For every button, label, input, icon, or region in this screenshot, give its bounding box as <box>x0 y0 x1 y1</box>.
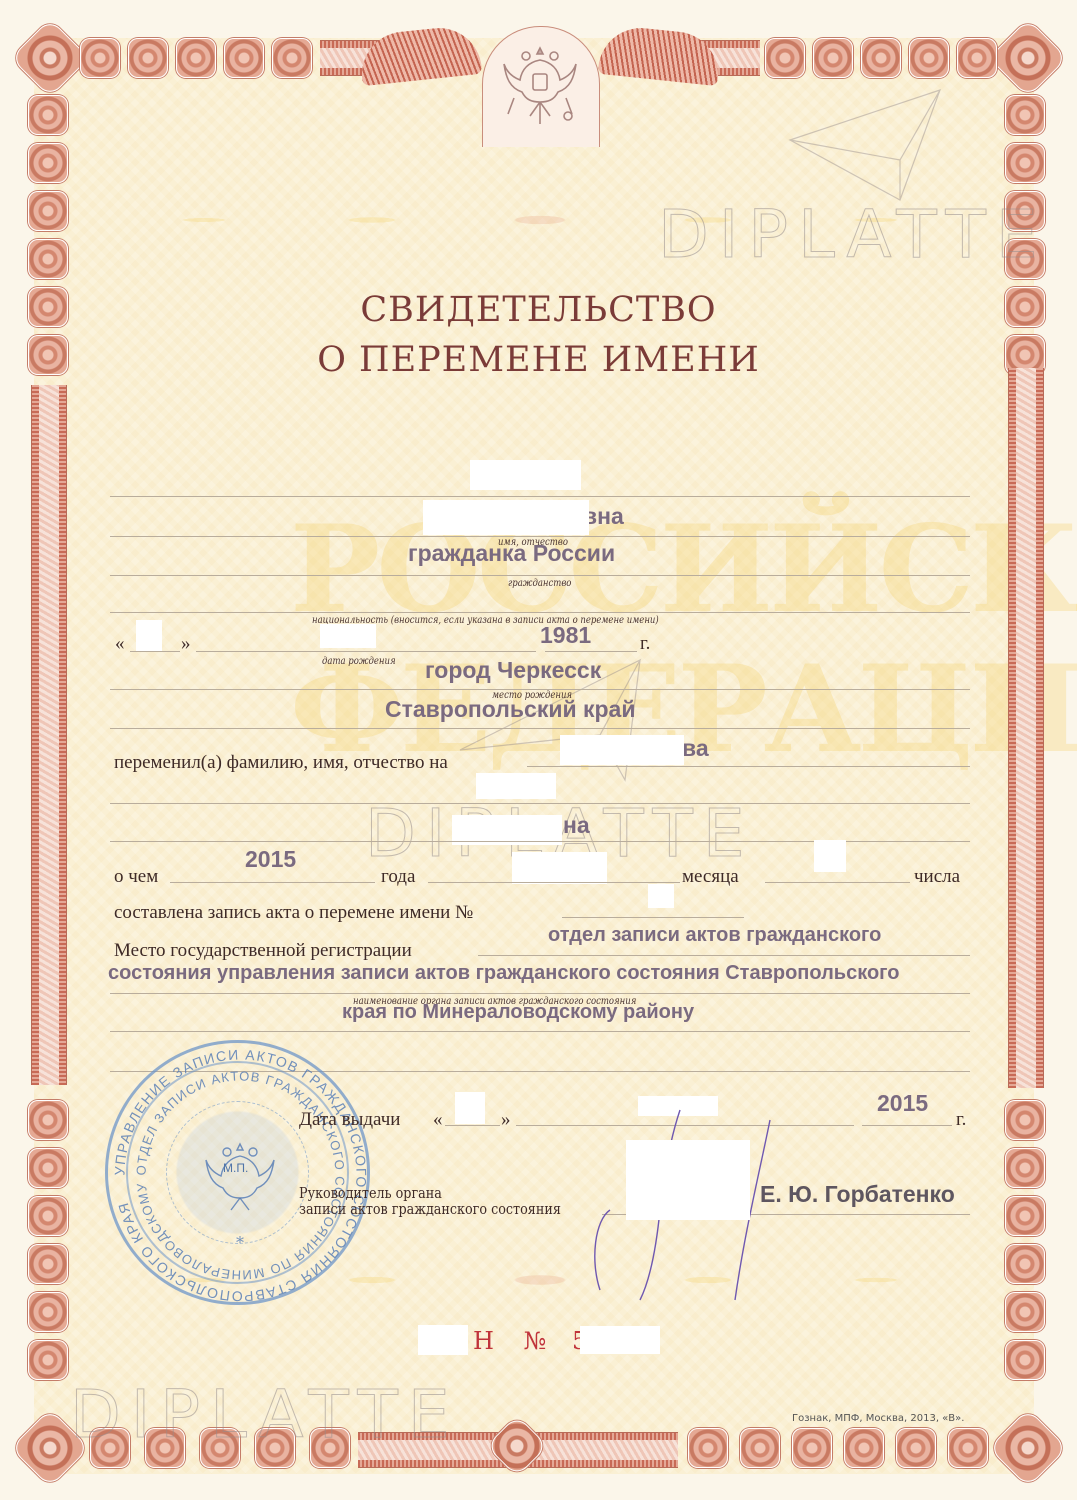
border-medallion <box>1005 1100 1045 1140</box>
redaction-box <box>470 460 581 490</box>
border-medallion <box>28 1196 68 1236</box>
certificate-page: РОССИЙСКАЯ ФЕДЕРАЦИЯ DIPLATTE DIPLATTE D… <box>0 0 1077 1500</box>
form-line <box>110 496 970 497</box>
printer-note: Гознак, МПФ, Москва, 2013, «В». <box>792 1413 964 1424</box>
border-medallion <box>28 1148 68 1188</box>
redaction-box <box>560 735 684 765</box>
changed-name-line <box>527 766 970 767</box>
form-line <box>110 575 970 576</box>
birth-day-open-quote: « <box>115 633 125 655</box>
border-medallion <box>28 143 68 183</box>
border-medallion <box>28 1340 68 1380</box>
border-band <box>31 385 67 1085</box>
serial-number-sign: № <box>524 1327 549 1355</box>
border-medallion <box>28 95 68 135</box>
paper-plane-watermark-icon <box>780 60 970 210</box>
form-line <box>110 728 970 729</box>
redaction-box <box>580 1326 660 1354</box>
serial-number: Н № 52 <box>421 1327 606 1355</box>
redaction-box <box>320 624 376 648</box>
border-medallion <box>1005 95 1045 135</box>
border-medallion <box>896 1428 936 1468</box>
record-year-value: 2015 <box>245 846 296 873</box>
border-medallion <box>1005 1196 1045 1236</box>
border-medallion <box>28 1100 68 1140</box>
record-number-label: составлена запись акта о перемене имени … <box>114 902 473 924</box>
record-day-label: числа <box>914 866 960 888</box>
redaction-box <box>814 840 846 872</box>
signatory-name: Е. Ю. Горбатенко <box>760 1181 955 1208</box>
border-medallion <box>1005 1148 1045 1188</box>
birth-year-value: 1981 <box>540 622 591 649</box>
signatory-label-line2: записи актов гражданского состояния <box>299 1200 561 1218</box>
issue-day-close-quote: » <box>501 1109 511 1131</box>
record-year-label: года <box>381 866 415 888</box>
border-medallion <box>1005 1292 1045 1332</box>
record-month-line <box>428 882 680 883</box>
border-medallion <box>1005 1340 1045 1380</box>
border-medallion <box>740 1428 780 1468</box>
changed-name-label: переменил(а) фамилию, имя, отчество на <box>114 752 448 774</box>
birth-place-line2-value: Ставропольский край <box>385 696 635 723</box>
redaction-box <box>512 852 607 884</box>
citizenship-value: гражданка России <box>408 540 615 567</box>
certificate-title-line2: О ПЕРЕМЕНЕ ИМЕНИ <box>0 340 1077 380</box>
border-medallion <box>176 38 216 78</box>
redaction-box <box>423 500 589 535</box>
border-medallion <box>948 1428 988 1468</box>
issue-day-open-quote: « <box>433 1109 443 1131</box>
border-band <box>1008 368 1044 1088</box>
double-headed-eagle-icon <box>206 1144 274 1210</box>
birth-place-line1-value: город Черкесск <box>425 657 601 684</box>
birth-year-line <box>545 651 637 652</box>
redaction-box <box>626 1140 750 1220</box>
border-medallion <box>80 38 120 78</box>
record-number-line <box>562 917 744 918</box>
border-medallion <box>688 1428 728 1468</box>
form-line <box>110 993 970 994</box>
border-medallion <box>128 38 168 78</box>
border-medallion <box>224 38 264 78</box>
redaction-box <box>648 884 674 908</box>
registration-place-line <box>478 955 970 956</box>
border-medallion <box>28 1292 68 1332</box>
record-month-label: месяца <box>682 866 739 888</box>
registration-place-line2-value: состояния управления записи актов гражда… <box>108 962 899 985</box>
issue-year-value: 2015 <box>877 1090 928 1117</box>
nationality-line <box>110 612 970 613</box>
form-line <box>110 1031 970 1032</box>
issue-day-line <box>445 1125 500 1126</box>
record-day-line <box>765 882 910 883</box>
border-medallion <box>272 38 312 78</box>
citizenship-caption: гражданство <box>508 578 571 589</box>
redaction-box <box>455 1092 485 1124</box>
border-medallion <box>28 239 68 279</box>
border-medallion <box>792 1428 832 1468</box>
birth-month-line <box>196 651 536 652</box>
border-medallion <box>1005 1244 1045 1284</box>
serial-series: Н <box>473 1327 496 1355</box>
border-medallion <box>1005 143 1045 183</box>
registration-place-line1-value: отдел записи актов гражданского <box>548 924 881 947</box>
record-year-line <box>170 882 375 883</box>
form-line <box>110 803 970 804</box>
issue-year-line <box>862 1125 952 1126</box>
seal-mark-text: М.П. <box>223 1161 248 1175</box>
stamp-text-ring: УПРАВЛЕНИЕ ЗАПИСИ АКТОВ ГРАЖДАНСКОГО СОС… <box>108 1043 373 1308</box>
double-headed-eagle-icon <box>500 40 580 135</box>
changed-name-value-end: ва <box>682 735 709 762</box>
registration-place-line3-value: края по Минераловодскому району <box>342 1001 694 1024</box>
changed-name-line3-value-end: на <box>563 812 590 839</box>
border-medallion <box>28 191 68 231</box>
watermark-bottom-left: DIPLATTE <box>70 1376 460 1453</box>
border-medallion <box>844 1428 884 1468</box>
official-stamp: УПРАВЛЕНИЕ ЗАПИСИ АКТОВ ГРАЖДАНСКОГО СОС… <box>105 1040 370 1305</box>
issue-date-label: Дата выдачи <box>299 1109 400 1131</box>
issue-year-suffix: г. <box>956 1109 966 1131</box>
birth-day-close-quote: » <box>181 633 191 655</box>
svg-text:УПРАВЛЕНИЕ ЗАПИСИ АКТОВ ГРАЖДА: УПРАВЛЕНИЕ ЗАПИСИ АКТОВ ГРАЖДАНСКОГО СОС… <box>111 1046 369 1304</box>
birth-year-suffix: г. <box>640 633 650 655</box>
registration-place-label: Место государственной регистрации <box>114 940 412 962</box>
birth-date-caption: дата рождения <box>322 656 396 667</box>
svg-text:*: * <box>236 1233 244 1252</box>
certificate-title-line1: СВИДЕТЕЛЬСТВО <box>0 290 1077 330</box>
border-medallion <box>28 1244 68 1284</box>
redaction-box <box>476 773 556 799</box>
redaction-box <box>136 620 162 652</box>
birth-day-line <box>130 651 180 652</box>
record-prefix-label: о чем <box>114 866 158 888</box>
full-name-value-end: вна <box>583 503 624 530</box>
